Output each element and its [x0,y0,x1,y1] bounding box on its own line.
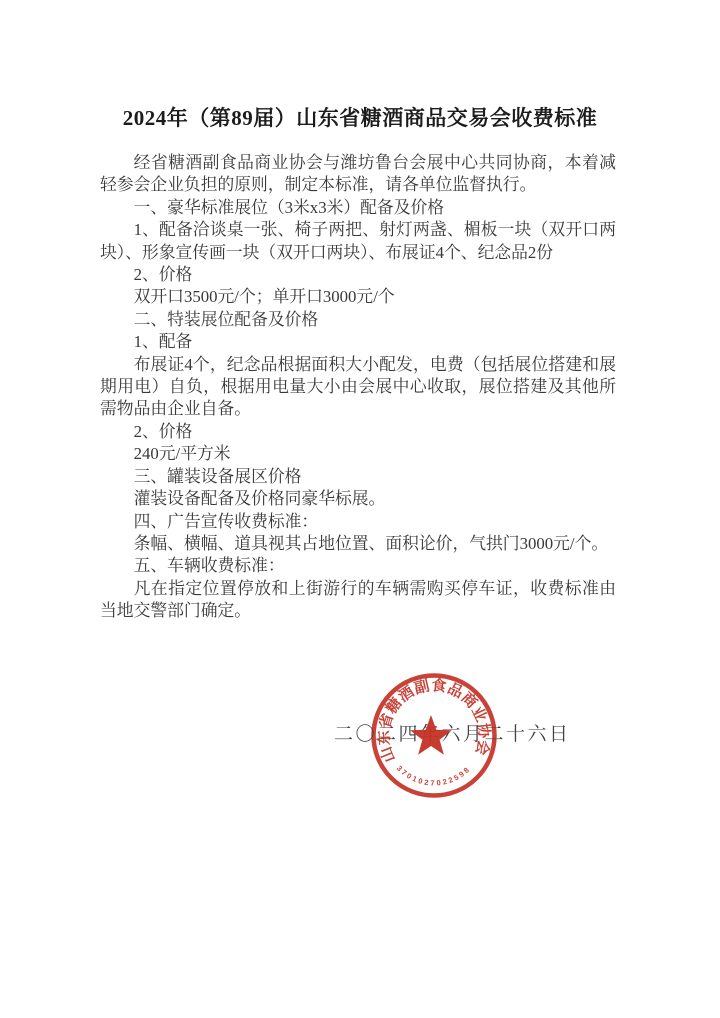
paragraph: 1、配备 [100,331,616,353]
paragraph: 条幅、横幅、道具视其占地位置、面积论价，气拱门3000元/个。 [100,533,616,555]
paragraph: 五、车辆收费标准： [100,555,616,577]
paragraph: 1、配备洽谈桌一张、椅子两把、射灯两盏、楣板一块（双开口两块）、形象宣传画一块（… [100,219,616,264]
seal-serial-number: 3701027022598 [395,764,473,788]
document-body: 经省糖酒副食品商业协会与潍坊鲁台会展中心共同协商，本着减轻参会企业负担的原则，制… [100,152,616,623]
document-page: 2024年（第89届）山东省糖酒商品交易会收费标准 经省糖酒副食品商业协会与潍坊… [0,0,720,1018]
date-line: 二〇二四年六月二十六日 [334,724,571,747]
document-title: 2024年（第89届）山东省糖酒商品交易会收费标准 [0,106,720,131]
paragraph: 凡在指定位置停放和上街游行的车辆需购买停车证，收费标准由当地交警部门确定。 [100,578,616,623]
paragraph: 240元/平方米 [100,443,616,465]
paragraph: 2、价格 [100,421,616,443]
paragraph: 二、特装展位配备及价格 [100,309,616,331]
paragraph: 一、豪华标准展位（3米x3米）配备及价格 [100,197,616,219]
paragraph: 四、广告宣传收费标准： [100,511,616,533]
paragraph: 双开口3500元/个；单开口3000元/个 [100,286,616,308]
paragraph: 2、价格 [100,264,616,286]
paragraph: 经省糖酒副食品商业协会与潍坊鲁台会展中心共同协商，本着减轻参会企业负担的原则，制… [100,152,616,197]
paragraph: 三、罐装设备展区价格 [100,466,616,488]
paragraph: 布展证4个，纪念品根据面积大小配发，电费（包括展位搭建和展期用电）自负，根据用电… [100,354,616,421]
paragraph: 灌装设备配备及价格同豪华标展。 [100,488,616,510]
